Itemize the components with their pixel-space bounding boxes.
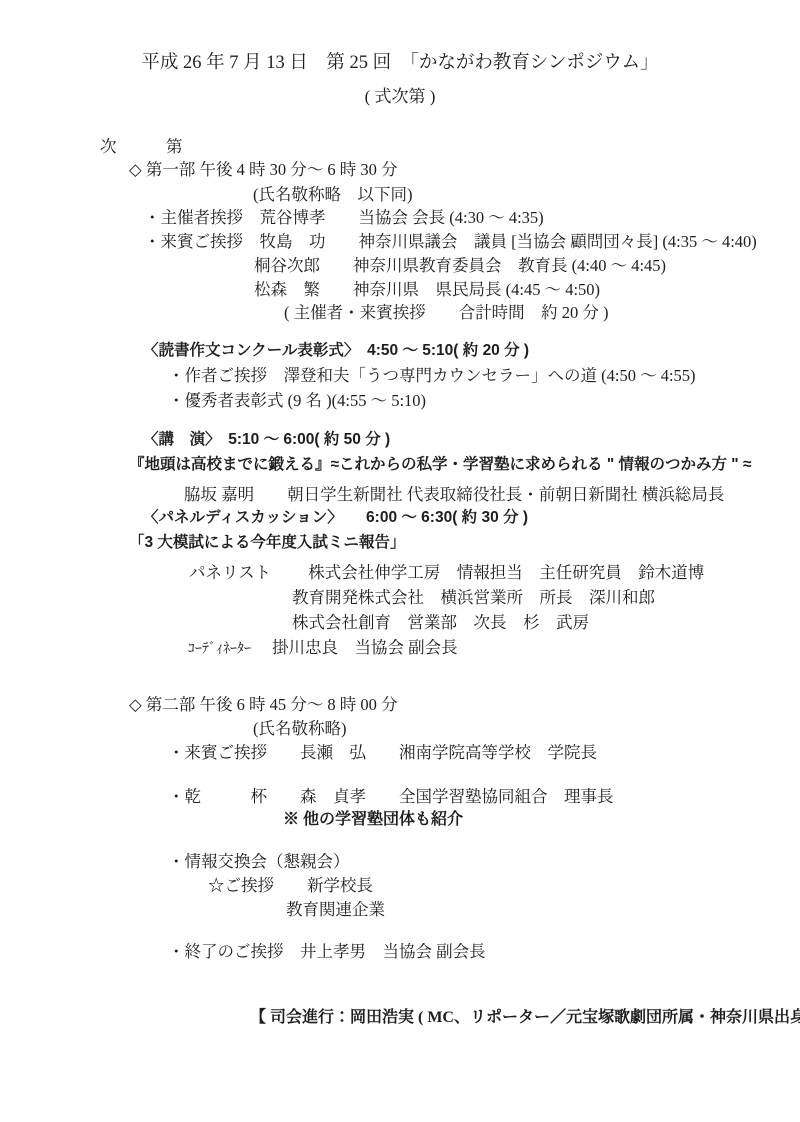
part1-guest-greeting-2: 桐谷次郎 神奈川県教育委員会 教育長 (4:40 ～ 4:45) [254, 256, 666, 277]
coordinator-label: ｺｰﾃﾞｨﾈｰﾀｰ [188, 641, 251, 659]
part1-honorifics-note: (氏名敬称略 以下同) [253, 185, 413, 206]
part2-heading: ◇ 第二部 午後 6 時 45 分～ 8 時 00 分 [129, 695, 397, 716]
part2-social-companies: 教育関連企業 [286, 900, 385, 921]
panelist-row-3: 株式会社創育 営業部 次長 杉 武房 [292, 613, 589, 634]
mc-credit: 【 司会進行：岡田浩実 ( MC、リポーター／元宝塚歌劇団所属・神奈川県出身 )… [250, 1008, 800, 1028]
part1-guest-greeting-3: 松森 繁 神奈川県 県民局長 (4:45 ～ 4:50) [254, 280, 600, 301]
agenda-label: 次 第 [100, 137, 183, 158]
panel-discussion-heading: 〈パネルディスカッション〉 6:00 ～ 6:30( 約 30 分 ) [143, 508, 528, 527]
part2-guest-greeting: ・来賓ご挨拶 長瀬 弘 湘南学院高等学校 学院長 [168, 743, 597, 764]
part1-greeting-total: ( 主催者・来賓挨拶 合計時間 約 20 分 ) [284, 303, 609, 324]
award-ceremony-heading: 〈読書作文コンクール表彰式〉 4:50 ～ 5:10( 約 20 分 ) [143, 341, 529, 360]
lecture-heading: 〈講 演〉 5:10 ～ 6:00( 約 50 分 ) [143, 430, 390, 449]
part2-toast: ・乾 杯 森 貞孝 全国学習塾協同組合 理事長 [168, 787, 614, 808]
part2-social-greeting: ☆ご挨拶 新学校長 [208, 876, 373, 897]
part1-guest-greeting-1: ・来賓ご挨拶 牧島 功 神奈川県議会 議員 [当協会 顧問団々長] (4:35 … [144, 232, 757, 253]
symposium-program-page: 平成 26 年 7 月 13 日 第 25 回 「かながわ教育シンポジウム」 (… [0, 0, 800, 1122]
award-winners-ceremony: ・優秀者表彰式 (9 名 )(4:55 ～ 5:10) [168, 391, 426, 412]
lecture-speaker: 脇坂 嘉明 朝日学生新聞社 代表取締役社長・前朝日新聞社 横浜総局長 [184, 485, 724, 506]
award-author-greeting: ・作者ご挨拶 澤登和夫「うつ専門カウンセラー」への道 (4:50 ～ 4:55) [168, 366, 696, 387]
part1-organizer-greeting: ・主催者挨拶 荒谷博孝 当協会 会長 (4:30 ～ 4:35) [144, 208, 544, 229]
part2-closing-greeting: ・終了のご挨拶 井上孝男 当協会 副会長 [168, 942, 486, 963]
part2-social-gathering: ・情報交換会（懇親会） [168, 852, 350, 873]
part1-heading: ◇ 第一部 午後 4 時 30 分～ 6 時 30 分 [129, 160, 397, 181]
panel-discussion-title: 「3 大模試による今年度入試ミニ報告」 [129, 533, 405, 552]
coordinator-name: 掛川忠良 当協会 副会長 [272, 638, 458, 659]
panelist-row-2: 教育開発株式会社 横浜営業所 所長 深川和郎 [292, 588, 655, 609]
part2-honorifics-note: (氏名敬称略) [253, 719, 347, 740]
document-title: 平成 26 年 7 月 13 日 第 25 回 「かながわ教育シンポジウム」 [0, 52, 800, 75]
lecture-title: 『地頭は高校までに鍛える』≈これからの私学・学習塾に求められる " 情報のつかみ… [129, 455, 751, 474]
document-subtitle: ( 式次第 ) [0, 86, 800, 107]
part2-toast-note: ※ 他の学習塾団体も紹介 [283, 810, 463, 830]
panelist-row-1: パネリスト 株式会社伸学工房 情報担当 主任研究員 鈴木道博 [189, 563, 704, 584]
